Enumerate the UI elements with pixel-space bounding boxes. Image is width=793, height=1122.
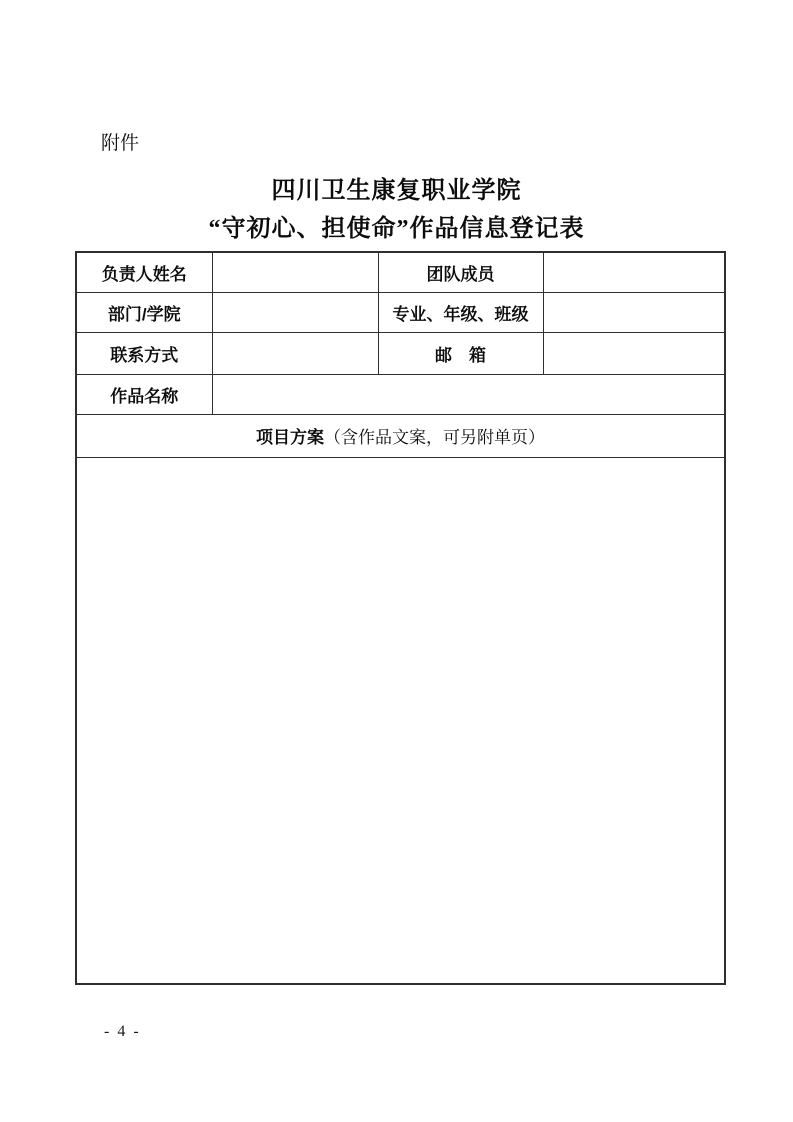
- page-number: - 4 -: [104, 1023, 141, 1041]
- table-row: 作品名称: [76, 374, 725, 414]
- project-plan-header: 项目方案（含作品文案，可另附单页）: [76, 414, 725, 457]
- label-department: 部门/学院: [76, 292, 212, 332]
- input-cell-contact[interactable]: [212, 332, 378, 374]
- table-row: [76, 457, 725, 984]
- table-row: 部门/学院 专业、年级、班级: [76, 292, 725, 332]
- input-cell-responsible-name[interactable]: [212, 252, 378, 292]
- input-cell-team-members[interactable]: [543, 252, 725, 292]
- document-title: 四川卫生康复职业学院 “守初心、担使命”作品信息登记表: [0, 179, 793, 242]
- input-cell-major-grade-class[interactable]: [543, 292, 725, 332]
- page-title-line2: “守初心、担使命”作品信息登记表: [0, 217, 793, 242]
- label-contact: 联系方式: [76, 332, 212, 374]
- page-title-line1: 四川卫生康复职业学院: [0, 179, 793, 204]
- project-plan-note: （含作品文案，可另附单页）: [324, 428, 545, 447]
- label-major-grade-class: 专业、年级、班级: [378, 292, 543, 332]
- table-row: 负责人姓名 团队成员: [76, 252, 725, 292]
- table-row: 项目方案（含作品文案，可另附单页）: [76, 414, 725, 457]
- attachment-label: 附件: [101, 128, 139, 155]
- input-cell-work-title[interactable]: [212, 374, 725, 414]
- registration-table: 负责人姓名 团队成员 部门/学院 专业、年级、班级 联系方式 邮 箱 作品名称: [75, 251, 726, 985]
- input-cell-department[interactable]: [212, 292, 378, 332]
- label-team-members: 团队成员: [378, 252, 543, 292]
- label-email: 邮 箱: [378, 332, 543, 374]
- input-cell-email[interactable]: [543, 332, 725, 374]
- project-plan-content-area[interactable]: [76, 457, 725, 984]
- document-page: 附件 四川卫生康复职业学院 “守初心、担使命”作品信息登记表 负责人姓名 团队成…: [0, 0, 793, 1122]
- label-responsible-name: 负责人姓名: [76, 252, 212, 292]
- project-plan-title: 项目方案: [256, 428, 324, 447]
- table-row: 联系方式 邮 箱: [76, 332, 725, 374]
- label-work-title: 作品名称: [76, 374, 212, 414]
